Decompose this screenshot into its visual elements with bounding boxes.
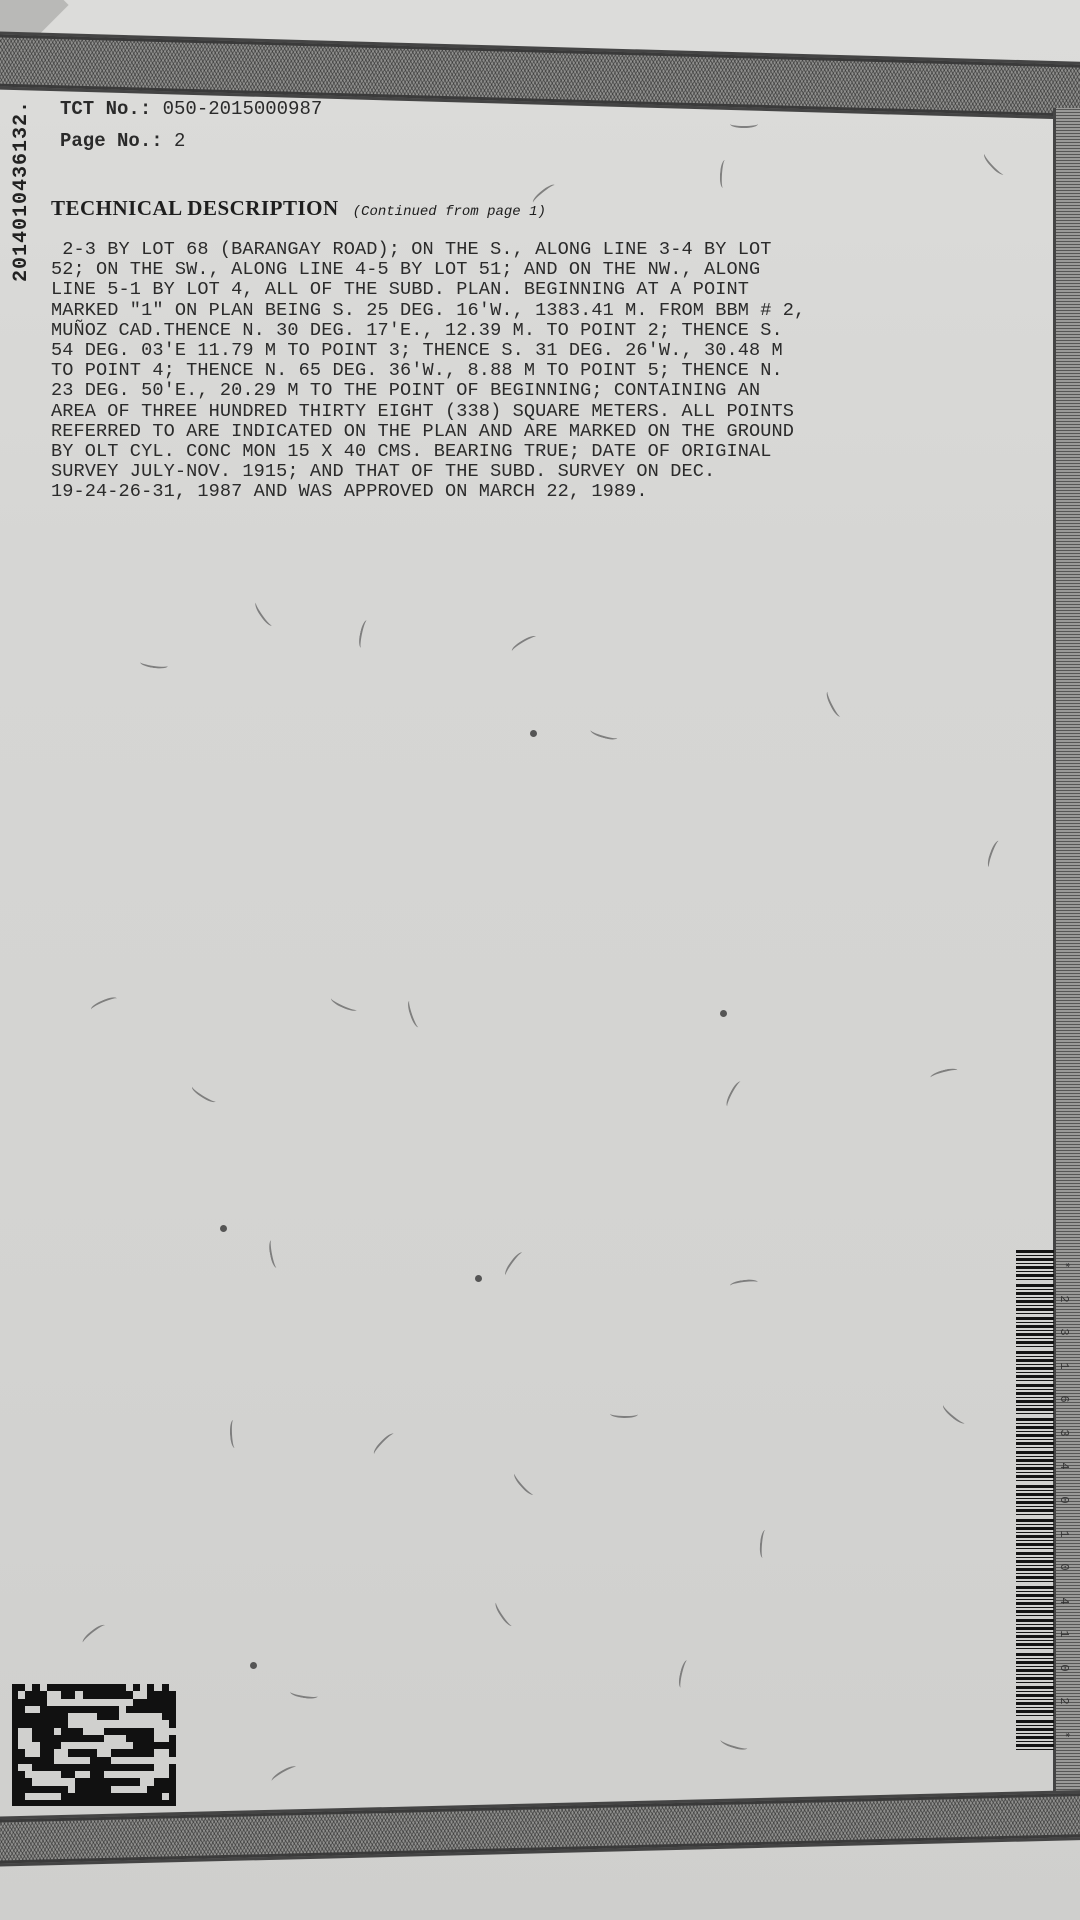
paper-fiber bbox=[493, 1600, 515, 1628]
barcode-bars bbox=[1016, 1250, 1054, 1280]
paper-fiber bbox=[371, 1431, 396, 1457]
paper-fiber bbox=[759, 1530, 769, 1559]
barcode-segment: 2 bbox=[1016, 1686, 1076, 1716]
paper-speck bbox=[475, 1275, 482, 1282]
paper-fiber bbox=[677, 1659, 691, 1688]
paper-fiber bbox=[730, 120, 758, 128]
vertical-barcode: *2316340104102* bbox=[1016, 1250, 1076, 1750]
barcode-bars bbox=[1016, 1284, 1054, 1314]
page-number-row: Page No.: 2 bbox=[60, 130, 322, 152]
paper-fiber bbox=[503, 1250, 526, 1277]
barcode-bars bbox=[1016, 1485, 1054, 1515]
barcode-bars bbox=[1016, 1451, 1054, 1481]
paper-fiber bbox=[330, 995, 359, 1014]
barcode-segment: 4 bbox=[1016, 1586, 1076, 1616]
paper-fiber bbox=[730, 1278, 759, 1289]
tct-label: TCT No.: bbox=[60, 98, 151, 120]
barcode-digit: 1 bbox=[1057, 1528, 1071, 1540]
barcode-bars bbox=[1016, 1720, 1054, 1750]
barcode-digit: 3 bbox=[1057, 1427, 1071, 1439]
paper-fiber bbox=[719, 1736, 748, 1752]
barcode-segment: 1 bbox=[1016, 1351, 1076, 1381]
section-title: TECHNICAL DESCRIPTION bbox=[51, 196, 339, 220]
barcode-digit: * bbox=[1057, 1259, 1071, 1271]
barcode-digit: 3 bbox=[1057, 1326, 1071, 1338]
description-line: 23 DEG. 50'E., 20.29 M TO THE POINT OF B… bbox=[51, 381, 1011, 401]
paper-fiber bbox=[589, 726, 618, 741]
page-label: Page No.: bbox=[60, 130, 163, 152]
section-note: (Continued from page 1) bbox=[353, 204, 546, 220]
barcode-segment: 0 bbox=[1016, 1552, 1076, 1582]
description-line: 54 DEG. 03'E 11.79 M TO POINT 3; THENCE … bbox=[51, 341, 1011, 361]
barcode-bars bbox=[1016, 1317, 1054, 1347]
tct-number-row: TCT No.: 050-2015000987 bbox=[60, 98, 322, 120]
description-line: BY OLT CYL. CONC MON 15 X 40 CMS. BEARIN… bbox=[51, 442, 1011, 462]
paper-fiber bbox=[512, 1471, 537, 1497]
description-line: 2-3 BY LOT 68 (BARANGAY ROAD); ON THE S.… bbox=[51, 240, 1011, 260]
vertical-serial-number: 2014010436132. bbox=[10, 100, 30, 330]
paper-fiber bbox=[90, 995, 119, 1013]
barcode-segment: * bbox=[1016, 1720, 1076, 1750]
paper-fiber bbox=[357, 619, 371, 648]
barcode-bars bbox=[1016, 1586, 1054, 1616]
paper-fiber bbox=[270, 1764, 298, 1785]
barcode-digit: * bbox=[1057, 1729, 1071, 1741]
barcode-digit: 4 bbox=[1057, 1460, 1071, 1472]
barcode-digit: 0 bbox=[1057, 1662, 1071, 1674]
paper-fiber bbox=[510, 633, 538, 654]
tct-number: 050-2015000987 bbox=[163, 98, 323, 120]
barcode-digit: 2 bbox=[1057, 1293, 1071, 1305]
description-line: SURVEY JULY-NOV. 1915; AND THAT OF THE S… bbox=[51, 462, 1011, 482]
paper-fiber bbox=[610, 1410, 638, 1418]
barcode-bars bbox=[1016, 1619, 1054, 1649]
description-line: REFERRED TO ARE INDICATED ON THE PLAN AN… bbox=[51, 422, 1011, 442]
barcode-digit: 4 bbox=[1057, 1595, 1071, 1607]
paper-fiber bbox=[824, 690, 844, 719]
barcode-segment: 6 bbox=[1016, 1384, 1076, 1414]
description-line: MARKED "1" ON PLAN BEING S. 25 DEG. 16'W… bbox=[51, 301, 1011, 321]
barcode-bars bbox=[1016, 1384, 1054, 1414]
description-line: 52; ON THE SW., ALONG LINE 4-5 BY LOT 51… bbox=[51, 260, 1011, 280]
paper-fiber bbox=[406, 999, 423, 1028]
paper-fiber bbox=[929, 1067, 958, 1082]
barcode-digit: 0 bbox=[1057, 1561, 1071, 1573]
barcode-bars bbox=[1016, 1418, 1054, 1448]
section-heading: TECHNICAL DESCRIPTION (Continued from pa… bbox=[51, 196, 546, 221]
barcode-digit: 1 bbox=[1057, 1628, 1071, 1640]
paper-speck bbox=[250, 1662, 257, 1669]
paper-fiber bbox=[724, 1080, 744, 1108]
paper-speck bbox=[220, 1225, 227, 1232]
barcode-bars bbox=[1016, 1552, 1054, 1582]
paper-fiber bbox=[290, 1688, 319, 1700]
barcode-digit: 2 bbox=[1057, 1695, 1071, 1707]
technical-description-text: 2-3 BY LOT 68 (BARANGAY ROAD); ON THE S.… bbox=[51, 240, 1011, 503]
description-line: 19-24-26-31, 1987 AND WAS APPROVED ON MA… bbox=[51, 482, 1011, 502]
barcode-bars bbox=[1016, 1519, 1054, 1549]
barcode-digit: 6 bbox=[1057, 1393, 1071, 1405]
barcode-digit: 1 bbox=[1057, 1360, 1071, 1372]
barcode-segment: 0 bbox=[1016, 1653, 1076, 1683]
paper-fiber bbox=[267, 1239, 280, 1268]
title-header: TCT No.: 050-2015000987 Page No.: 2 bbox=[60, 98, 322, 162]
page-number: 2 bbox=[174, 130, 185, 152]
barcode-segment: 2 bbox=[1016, 1284, 1076, 1314]
barcode-bars bbox=[1016, 1351, 1054, 1381]
paper-fiber bbox=[190, 1083, 218, 1105]
paper-fiber bbox=[253, 600, 276, 628]
barcode-segment: 3 bbox=[1016, 1418, 1076, 1448]
paper-speck bbox=[530, 730, 537, 737]
barcode-bars bbox=[1016, 1653, 1054, 1683]
description-line: MUÑOZ CAD.THENCE N. 30 DEG. 17'E., 12.39… bbox=[51, 321, 1011, 341]
barcode-segment: 1 bbox=[1016, 1519, 1076, 1549]
paper-fiber bbox=[81, 1622, 108, 1646]
description-line: TO POINT 4; THENCE N. 65 DEG. 36'W., 8.8… bbox=[51, 361, 1011, 381]
barcode-segment: 3 bbox=[1016, 1317, 1076, 1347]
document-page: 2014010436132. TCT No.: 050-2015000987 P… bbox=[0, 0, 1080, 1920]
datamatrix-code bbox=[12, 1684, 176, 1806]
barcode-segment: 4 bbox=[1016, 1451, 1076, 1481]
barcode-segment: 0 bbox=[1016, 1485, 1076, 1515]
paper-fiber bbox=[140, 658, 169, 670]
description-line: AREA OF THREE HUNDRED THIRTY EIGHT (338)… bbox=[51, 402, 1011, 422]
description-line: LINE 5-1 BY LOT 4, ALL OF THE SUBD. PLAN… bbox=[51, 280, 1011, 300]
paper-fiber bbox=[229, 1420, 238, 1448]
paper-fiber bbox=[941, 1402, 968, 1426]
barcode-digit: 0 bbox=[1057, 1494, 1071, 1506]
paper-speck bbox=[720, 1010, 727, 1017]
barcode-segment: 1 bbox=[1016, 1619, 1076, 1649]
paper-fiber bbox=[719, 160, 729, 188]
paper-fiber bbox=[982, 151, 1007, 177]
barcode-segment: * bbox=[1016, 1250, 1076, 1280]
paper-fiber bbox=[985, 839, 1002, 868]
barcode-bars bbox=[1016, 1686, 1054, 1716]
